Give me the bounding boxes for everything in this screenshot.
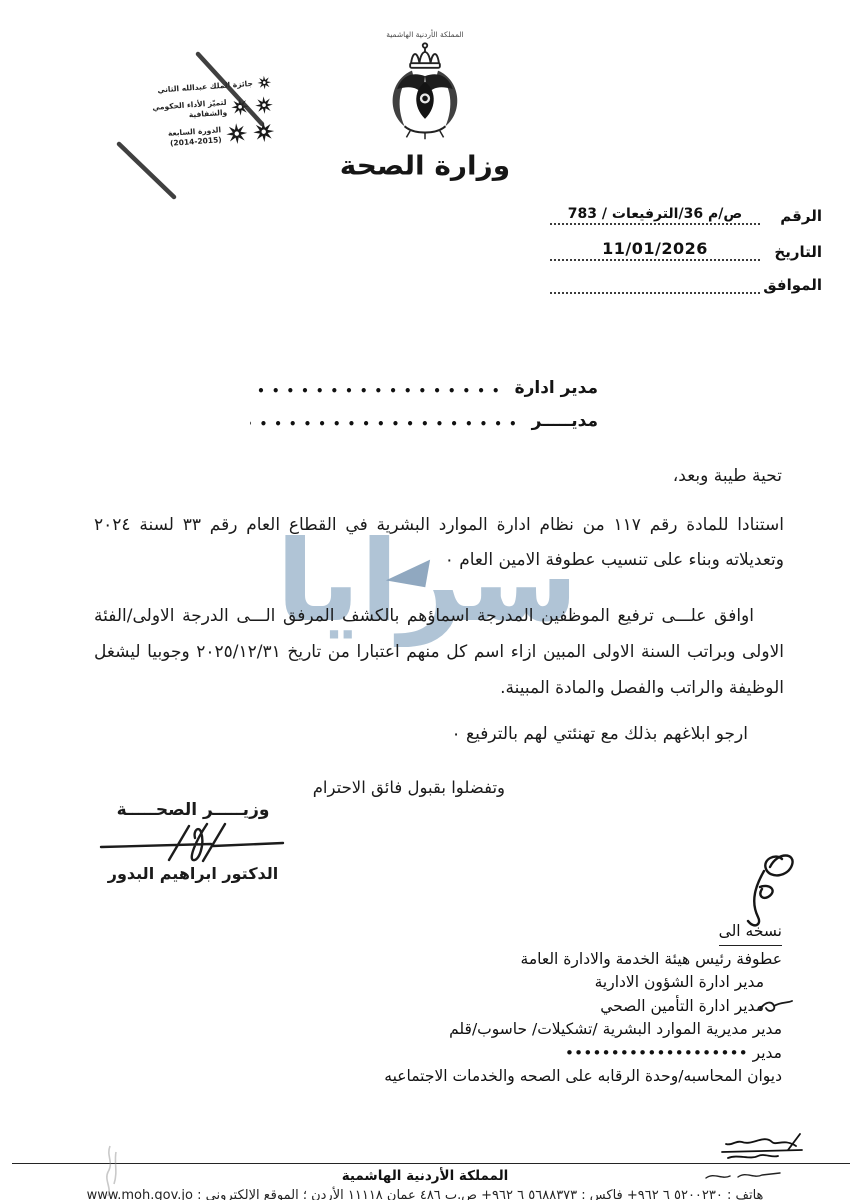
body-paragraph-3: ارجو ابلاغهم بذلك مع تهنئتي لهم بالترفيع…: [451, 724, 748, 744]
greeting-line: تحية طيبة وبعد،: [673, 466, 782, 486]
addressee-block: مدير ادارة •••••••••••••••••••••• مديـــ…: [250, 378, 598, 444]
date-row: التاريخ 11/01/2026: [550, 239, 822, 261]
date-value: 11/01/2026: [550, 239, 760, 261]
copy-recipient: مدير ادارة التأمين الصحي: [384, 995, 782, 1019]
handwritten-below-rule-mark: [700, 1168, 786, 1184]
reference-block: الرقم ص/م 36/الترفيعات / 783 التاريخ 11/…: [550, 206, 822, 308]
handwritten-scribble: [718, 845, 798, 935]
scanned-letter-page: سرايا جائزة الملك عبدالله الثاني لتميّز …: [0, 0, 850, 1200]
copy-recipient: مدير ••••••••••••••••••••: [384, 1042, 782, 1066]
reference-number-row: الرقم ص/م 36/الترفيعات / 783: [550, 206, 822, 225]
pen-stroke-icon: [192, 48, 270, 130]
kingdom-script-text: المملكة الأردنية الهاشمية: [305, 30, 545, 39]
copy-recipient: مدير مديرية الموارد البشرية /تشكيلات/ حا…: [384, 1018, 782, 1042]
copy-recipient: ديوان المحاسبه/وحدة الرقابه على الصحه وا…: [384, 1065, 782, 1089]
faint-edge-marks: [96, 1142, 126, 1200]
minister-title: وزيـــــر الصحـــــة: [88, 800, 298, 820]
reference-number-label: الرقم: [768, 207, 822, 225]
pen-stroke-icon: [114, 140, 180, 202]
addressee-title: مديـــــر: [532, 411, 598, 431]
ministry-name-calligraphy: وزارة الصحة: [305, 150, 545, 181]
footer-contact-line: هاتف : ٥٢٠٠٢٣٠ ٦ ٩٦٢+ فاكس : ٥٦٨٨٣٧٣ ٦ ٩…: [0, 1188, 850, 1200]
reference-number-value: ص/م 36/الترفيعات / 783: [550, 206, 760, 225]
letterhead: المملكة الأردنية الهاشمية وزارة الصحة: [305, 30, 545, 182]
closing-salutation: وتفضلوا بقبول فائق الاحترام: [313, 778, 505, 797]
dotted-blank: ••••••••••••••••••••••: [250, 379, 507, 398]
handwritten-footer-note: [692, 1116, 810, 1164]
addressee-line: مديـــــر ••••••••••••••••••••••••: [250, 411, 598, 431]
corresponding-date-row: الموافق: [550, 275, 822, 294]
copies-block: نسخه الى عطوفة رئيس هيئة الخدمة والادارة…: [384, 920, 782, 1089]
corresponding-date-blank: [550, 275, 760, 294]
date-label: التاريخ: [768, 243, 822, 261]
jordan-coat-of-arms-icon: [369, 39, 481, 143]
dotted-blank: ••••••••••••••••••••••••: [250, 412, 524, 431]
signature-block: وزيـــــر الصحـــــة الدكتور ابراهيم الب…: [88, 800, 298, 883]
minister-name: الدكتور ابراهيم البدور: [88, 864, 298, 883]
addressee-title: مدير ادارة: [515, 378, 598, 398]
body-paragraph-2: اوافق علـــى ترفيع الموظفين المدرجة اسما…: [94, 598, 784, 706]
handwritten-check-mark: [756, 993, 796, 1017]
corresponding-date-label: الموافق: [768, 276, 822, 294]
addressee-line: مدير ادارة ••••••••••••••••••••••: [250, 378, 598, 398]
copy-recipient: مدير ادارة الشؤون الادارية: [384, 971, 782, 995]
body-paragraph-1: استنادا للمادة رقم ١١٧ من نظام ادارة الم…: [94, 508, 784, 578]
copy-recipient: عطوفة رئيس هيئة الخدمة والادارة العامة: [384, 948, 782, 972]
signature-scribble: [93, 820, 293, 864]
